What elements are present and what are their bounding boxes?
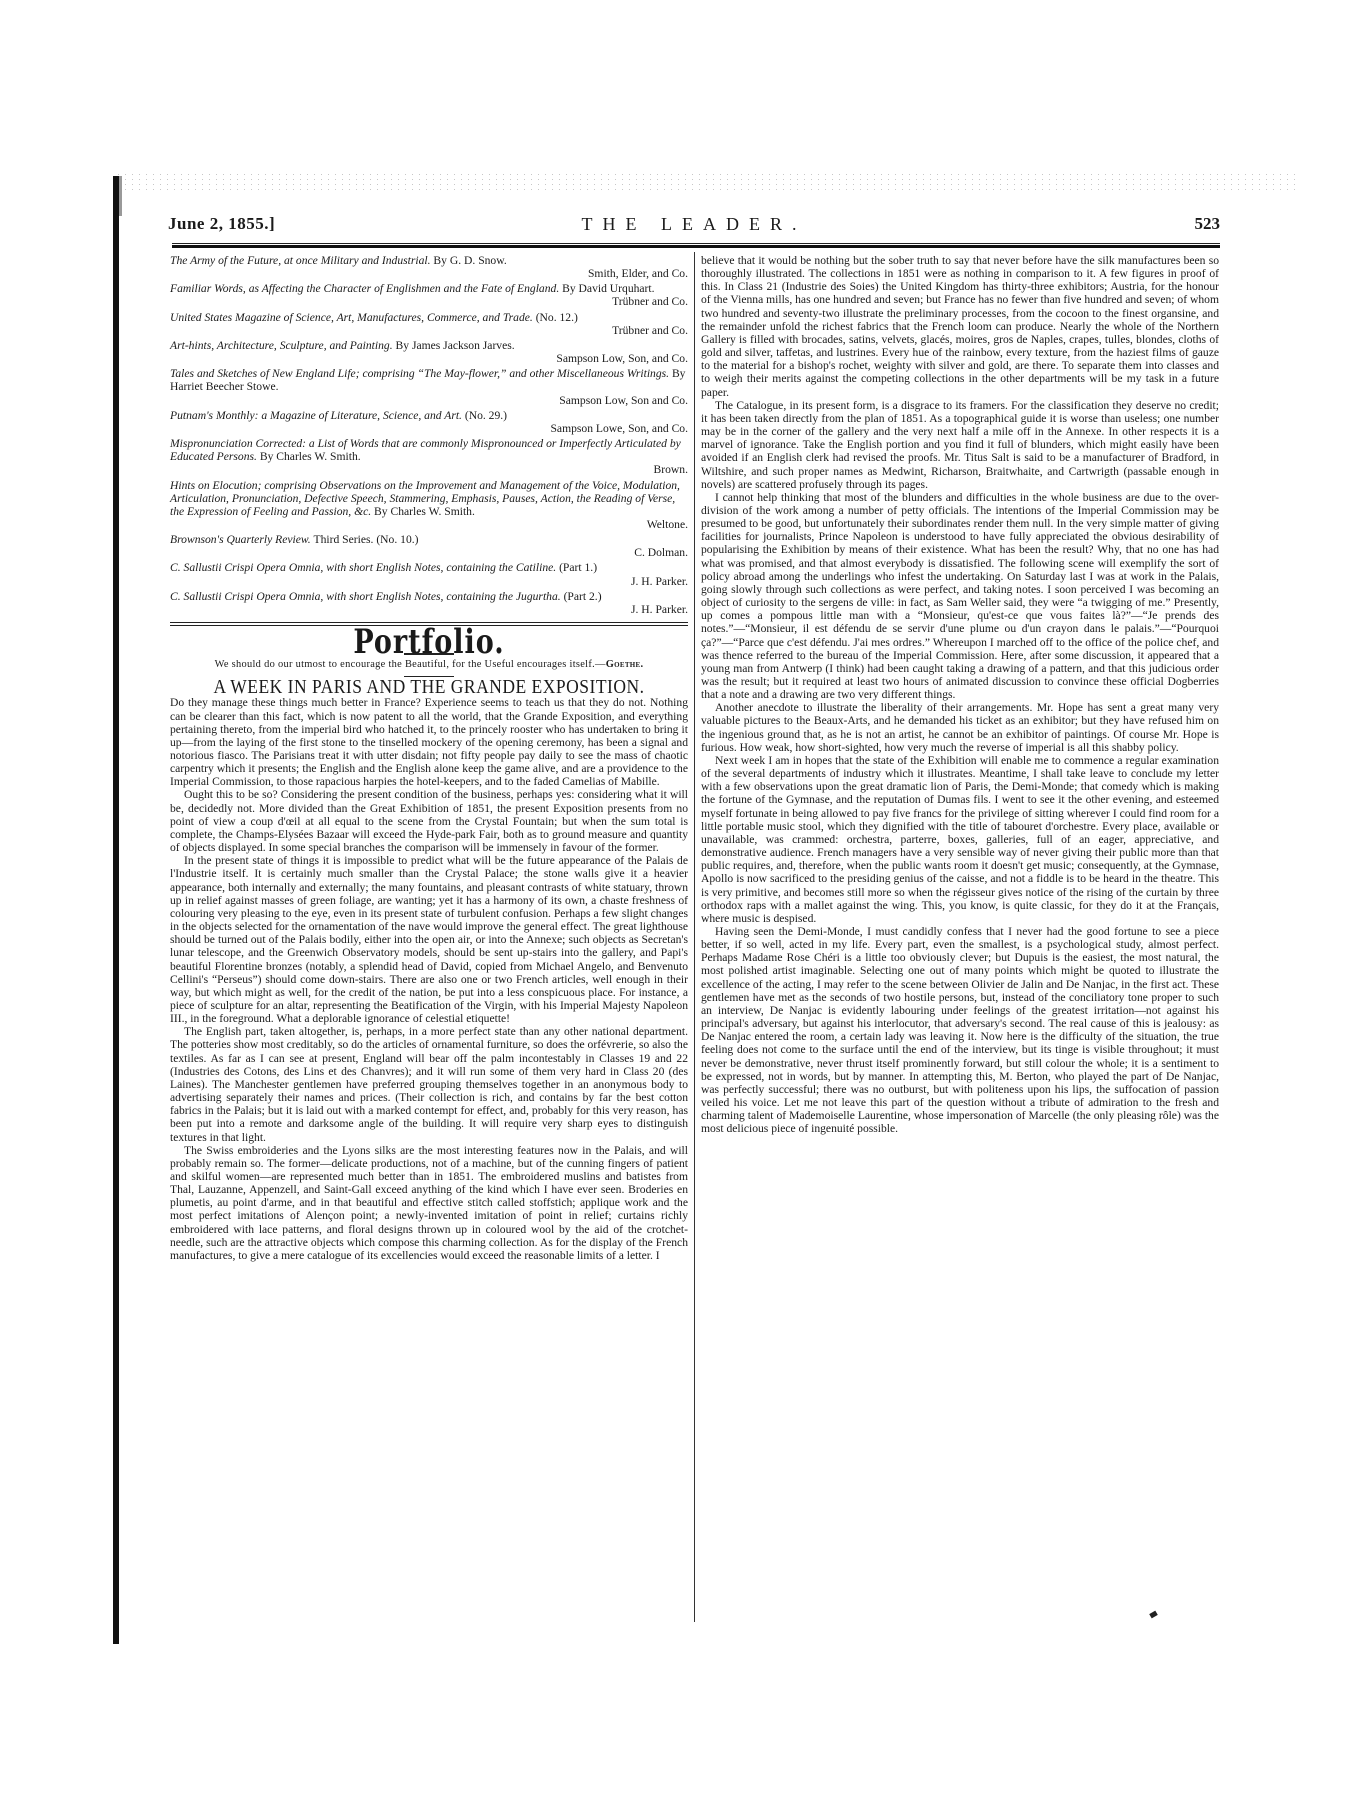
book-title: Brownson's Quarterly Review. xyxy=(170,533,314,546)
scan-noise xyxy=(115,172,1295,194)
book-entry: Tales and Sketches of New England Life; … xyxy=(170,367,688,406)
book-author: (Part 2.) xyxy=(564,590,602,603)
right-column: believe that it would be nothing but the… xyxy=(701,254,1219,1135)
newspaper-title: THE LEADER. xyxy=(168,214,1220,235)
book-entry: Familiar Words, as Affecting the Charact… xyxy=(170,282,688,308)
book-publisher: Sampson Lowe, Son, and Co. xyxy=(170,422,688,435)
masthead: June 2, 1855.] THE LEADER. 523 xyxy=(168,214,1220,236)
article-paragraph: Do they manage these things much better … xyxy=(170,696,688,788)
left-column: The Army of the Future, at once Military… xyxy=(170,254,688,1262)
book-title: Familiar Words, as Affecting the Charact… xyxy=(170,282,562,295)
book-publisher: J. H. Parker. xyxy=(170,575,688,588)
book-publisher: Trübner and Co. xyxy=(170,324,688,337)
book-author: Third Series. (No. 10.) xyxy=(314,533,419,546)
header-rule-thin xyxy=(172,243,1220,244)
book-publisher: Sampson Low, Son, and Co. xyxy=(170,352,688,365)
book-author: (No. 12.) xyxy=(536,311,578,324)
article-paragraph: Another anecdote to illustrate the liber… xyxy=(701,701,1219,754)
book-author: By Charles W. Smith. xyxy=(374,505,475,518)
book-title: Putnam's Monthly: a Magazine of Literatu… xyxy=(170,409,465,422)
article-body-right: believe that it would be nothing but the… xyxy=(701,254,1219,1135)
book-author: (Part 1.) xyxy=(559,561,597,574)
book-author: By G. D. Snow. xyxy=(433,254,506,267)
book-publisher: C. Dolman. xyxy=(170,546,688,559)
book-title: The Army of the Future, at once Military… xyxy=(170,254,433,267)
article-paragraph: Ought this to be so? Considering the pre… xyxy=(170,788,688,854)
book-publisher: Smith, Elder, and Co. xyxy=(170,267,688,280)
book-publisher: Sampson Low, Son and Co. xyxy=(170,394,688,407)
article-paragraph: The Swiss embroideries and the Lyons sil… xyxy=(170,1144,688,1262)
book-entry: Mispronunciation Corrected: a List of Wo… xyxy=(170,437,688,476)
ink-mark xyxy=(1149,1611,1158,1619)
book-title: Art-hints, Architecture, Sculpture, and … xyxy=(170,339,396,352)
column-rule xyxy=(694,252,695,1622)
book-title: Mispronunciation Corrected: a List of Wo… xyxy=(170,437,681,463)
article-paragraph: The Catalogue, in its present form, is a… xyxy=(701,399,1219,491)
book-title: C. Sallustii Crispi Opera Omnia, with sh… xyxy=(170,561,559,574)
book-author: (No. 29.) xyxy=(465,409,507,422)
article-title: A WEEK IN PARIS AND THE GRANDE EXPOSITIO… xyxy=(170,679,688,694)
book-entry: The Army of the Future, at once Military… xyxy=(170,254,688,280)
article-paragraph: The English part, taken altogether, is, … xyxy=(170,1025,688,1143)
book-publisher: J. H. Parker. xyxy=(170,603,688,616)
page-binding-shadow xyxy=(119,176,122,216)
book-publisher: Brown. xyxy=(170,463,688,476)
book-title: C. Sallustii Crispi Opera Omnia, with sh… xyxy=(170,590,564,603)
book-author: By James Jackson Jarves. xyxy=(396,339,515,352)
article-paragraph: Having seen the Demi-Monde, I must candi… xyxy=(701,925,1219,1136)
book-entry: Putnam's Monthly: a Magazine of Literatu… xyxy=(170,409,688,435)
book-entry: Hints on Elocution; comprising Observati… xyxy=(170,479,688,532)
article-paragraph: Next week I am in hopes that the state o… xyxy=(701,754,1219,925)
book-author: By David Urquhart. xyxy=(562,282,654,295)
book-entry: United States Magazine of Science, Art, … xyxy=(170,311,688,337)
epigraph-author: Goethe. xyxy=(606,659,644,670)
book-publisher: Weltone. xyxy=(170,518,688,531)
book-title: Tales and Sketches of New England Life; … xyxy=(170,367,672,380)
book-author: By Charles W. Smith. xyxy=(260,450,361,463)
header-rule-thick xyxy=(172,245,1220,248)
books-received-list: The Army of the Future, at once Military… xyxy=(170,254,688,616)
article-paragraph: believe that it would be nothing but the… xyxy=(701,254,1219,399)
article-paragraph: I cannot help thinking that most of the … xyxy=(701,491,1219,702)
book-entry: C. Sallustii Crispi Opera Omnia, with sh… xyxy=(170,590,688,616)
section-title: Portfolio. xyxy=(170,634,688,650)
book-publisher: Trübner and Co. xyxy=(170,295,688,308)
book-entry: Brownson's Quarterly Review. Third Serie… xyxy=(170,533,688,559)
page-binding-edge xyxy=(113,176,119,1644)
article-paragraph: In the present state of things it is imp… xyxy=(170,854,688,1025)
book-entry: C. Sallustii Crispi Opera Omnia, with sh… xyxy=(170,561,688,587)
page-number: 523 xyxy=(1195,214,1221,234)
article-body-left: Do they manage these things much better … xyxy=(170,696,688,1262)
book-title: United States Magazine of Science, Art, … xyxy=(170,311,536,324)
book-entry: Art-hints, Architecture, Sculpture, and … xyxy=(170,339,688,365)
